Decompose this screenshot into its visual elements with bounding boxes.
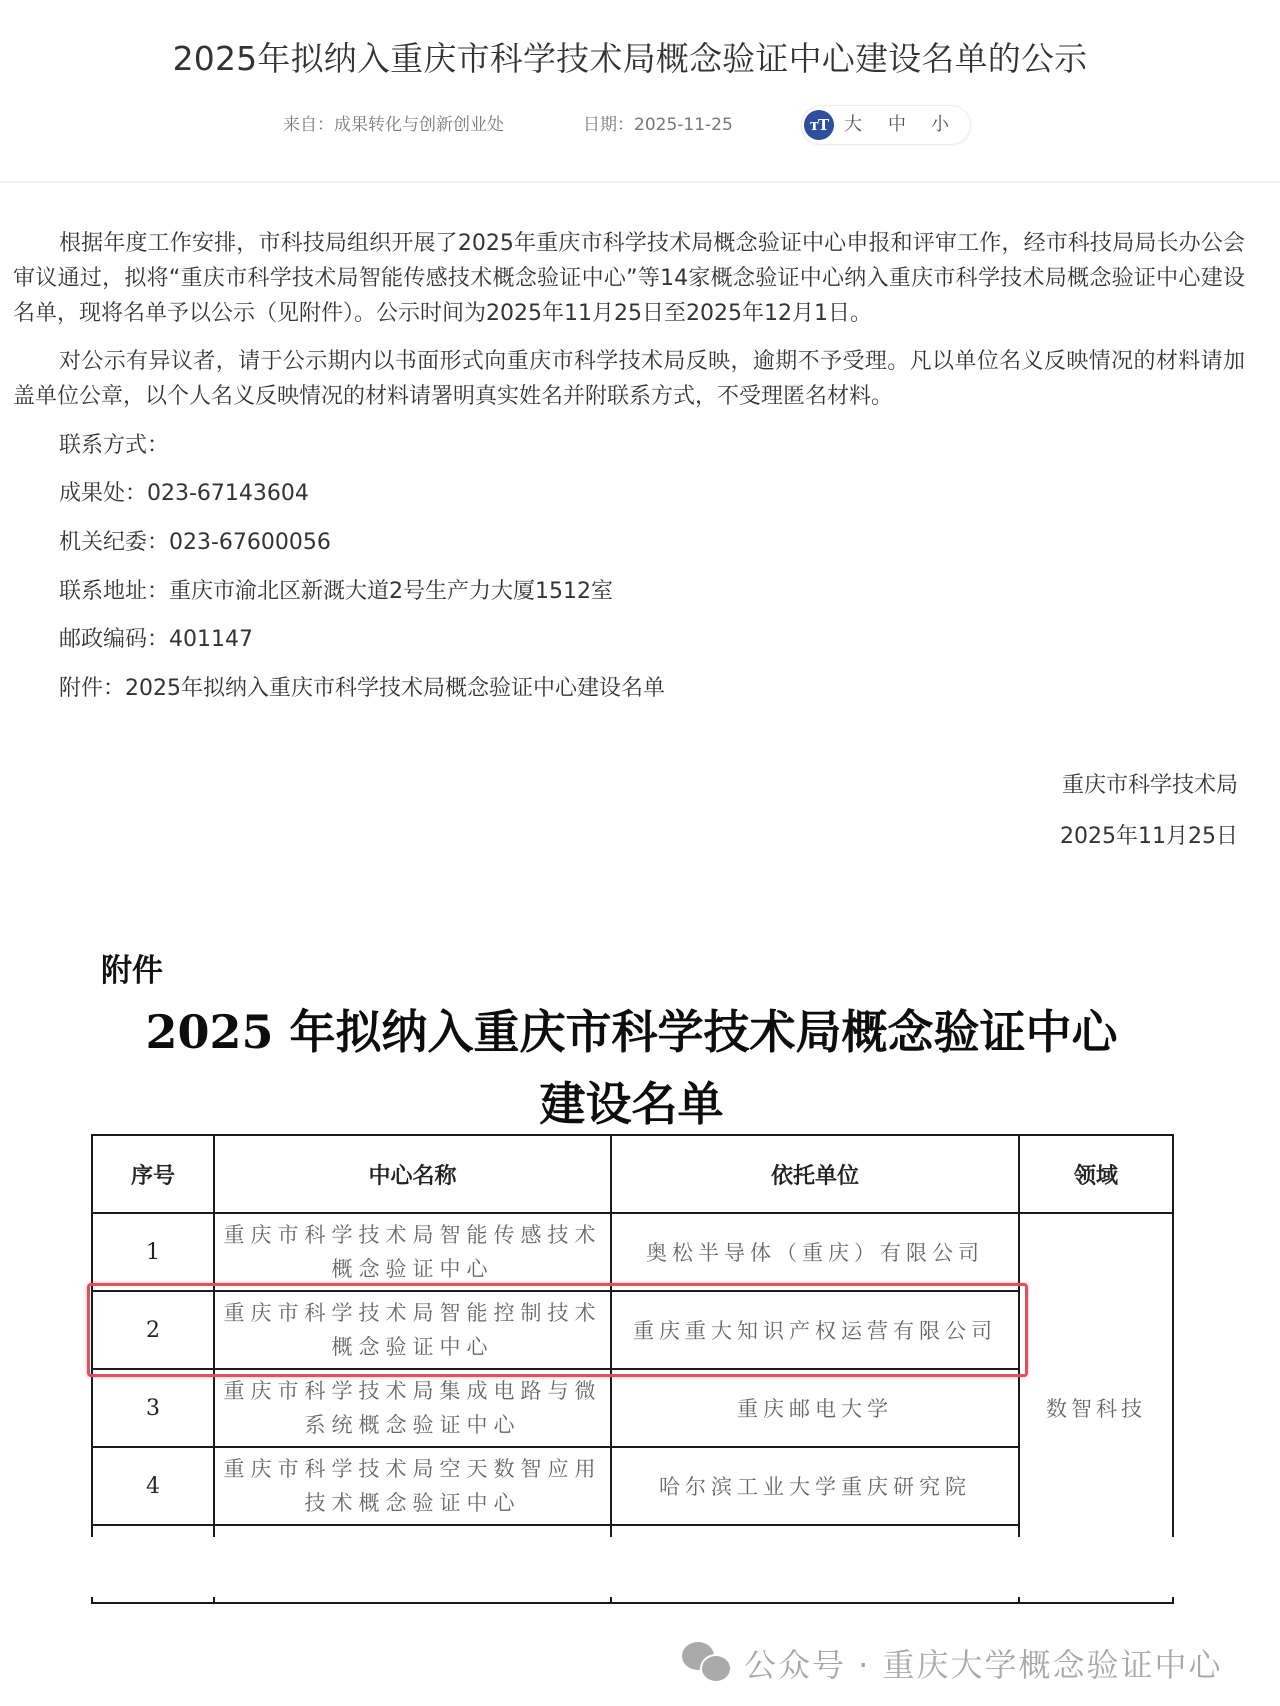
page-title: 2025年拟纳入重庆市科学技术局概念验证中心建设名单的公示 xyxy=(0,36,1260,82)
signature-date: 2025年11月25日 xyxy=(1060,822,1238,852)
header-center-name: 中心名称 xyxy=(214,1135,611,1213)
wechat-watermark: 公众号 · 重庆大学概念验证中心 xyxy=(682,1640,1223,1686)
article-date: 日期：2025-11-25 xyxy=(583,113,733,137)
row-no: 3 xyxy=(92,1369,214,1447)
row-no: 2 xyxy=(92,1291,214,1369)
watermark-text: 公众号 · 重庆大学概念验证中心 xyxy=(744,1640,1223,1686)
wechat-icon xyxy=(682,1640,732,1686)
row-center-name: 重庆市科学技术局集成电路与微系统概念验证中心 xyxy=(214,1369,611,1447)
font-size-switcher: тT 大 中 小 xyxy=(801,105,971,145)
contact-office-phone: 成果处：023-67143604 xyxy=(59,479,309,509)
header-divider xyxy=(0,181,1280,183)
contact-postcode: 邮政编码：401147 xyxy=(59,625,253,655)
paragraph-announcement: 根据年度工作安排，市科技局组织开展了2025年重庆市科学技术局概念验证中心申报和… xyxy=(13,226,1245,331)
row-host-unit: 重庆邮电大学 xyxy=(611,1369,1019,1447)
header-no: 序号 xyxy=(92,1135,214,1213)
attachment-title-line1: 2025 年拟纳入重庆市科学技术局概念验证中心 xyxy=(91,1002,1172,1062)
attachment-title-line2: 建设名单 xyxy=(91,1074,1172,1134)
table-header-row: 序号 中心名称 依托单位 领域 xyxy=(92,1135,1173,1213)
contact-address: 联系地址：重庆市渝北区新溉大道2号生产力大厦1512室 xyxy=(59,577,613,607)
header-host-unit: 依托单位 xyxy=(611,1135,1019,1213)
row-no: 1 xyxy=(92,1213,214,1291)
row-center-name: 重庆市科学技术局空天数智应用技术概念验证中心 xyxy=(214,1447,611,1525)
table-crop-edge xyxy=(80,1537,1190,1597)
font-size-icon: тT xyxy=(804,110,834,140)
signature-org: 重庆市科学技术局 xyxy=(1062,771,1238,801)
font-size-medium-button[interactable]: 中 xyxy=(888,113,906,137)
font-size-small-button[interactable]: 小 xyxy=(931,113,949,137)
row-center-name: 重庆市科学技术局智能控制技术概念验证中心 xyxy=(214,1291,611,1369)
row-center-name: 重庆市科学技术局智能传感技术概念验证中心 xyxy=(214,1213,611,1291)
row-host-unit: 奥松半导体（重庆）有限公司 xyxy=(611,1213,1019,1291)
contact-discipline-phone: 机关纪委：023-67600056 xyxy=(59,528,331,558)
attachment-link[interactable]: 附件：2025年拟纳入重庆市科学技术局概念验证中心建设名单 xyxy=(59,674,665,704)
center-list-table: 序号 中心名称 依托单位 领域 1 重庆市科学技术局智能传感技术概念验证中心 奥… xyxy=(91,1134,1174,1604)
attachment-label: 附件 xyxy=(101,945,163,990)
article-source: 来自：成果转化与创新创业处 xyxy=(283,113,504,137)
contact-heading: 联系方式： xyxy=(59,431,169,461)
row-host-unit: 哈尔滨工业大学重庆研究院 xyxy=(611,1447,1019,1525)
table-row: 2 重庆市科学技术局智能控制技术概念验证中心 重庆重大知识产权运营有限公司 xyxy=(92,1291,1173,1369)
row-no: 4 xyxy=(92,1447,214,1525)
font-size-large-button[interactable]: 大 xyxy=(844,113,862,137)
table-row: 3 重庆市科学技术局集成电路与微系统概念验证中心 重庆邮电大学 xyxy=(92,1369,1173,1447)
table-row: 4 重庆市科学技术局空天数智应用技术概念验证中心 哈尔滨工业大学重庆研究院 xyxy=(92,1447,1173,1525)
row-host-unit: 重庆重大知识产权运营有限公司 xyxy=(611,1291,1019,1369)
table-row: 1 重庆市科学技术局智能传感技术概念验证中心 奥松半导体（重庆）有限公司 数智科… xyxy=(92,1213,1173,1291)
header-field: 领域 xyxy=(1019,1135,1173,1213)
paragraph-objection: 对公示有异议者，请于公示期内以书面形式向重庆市科学技术局反映，逾期不予受理。凡以… xyxy=(13,344,1245,414)
